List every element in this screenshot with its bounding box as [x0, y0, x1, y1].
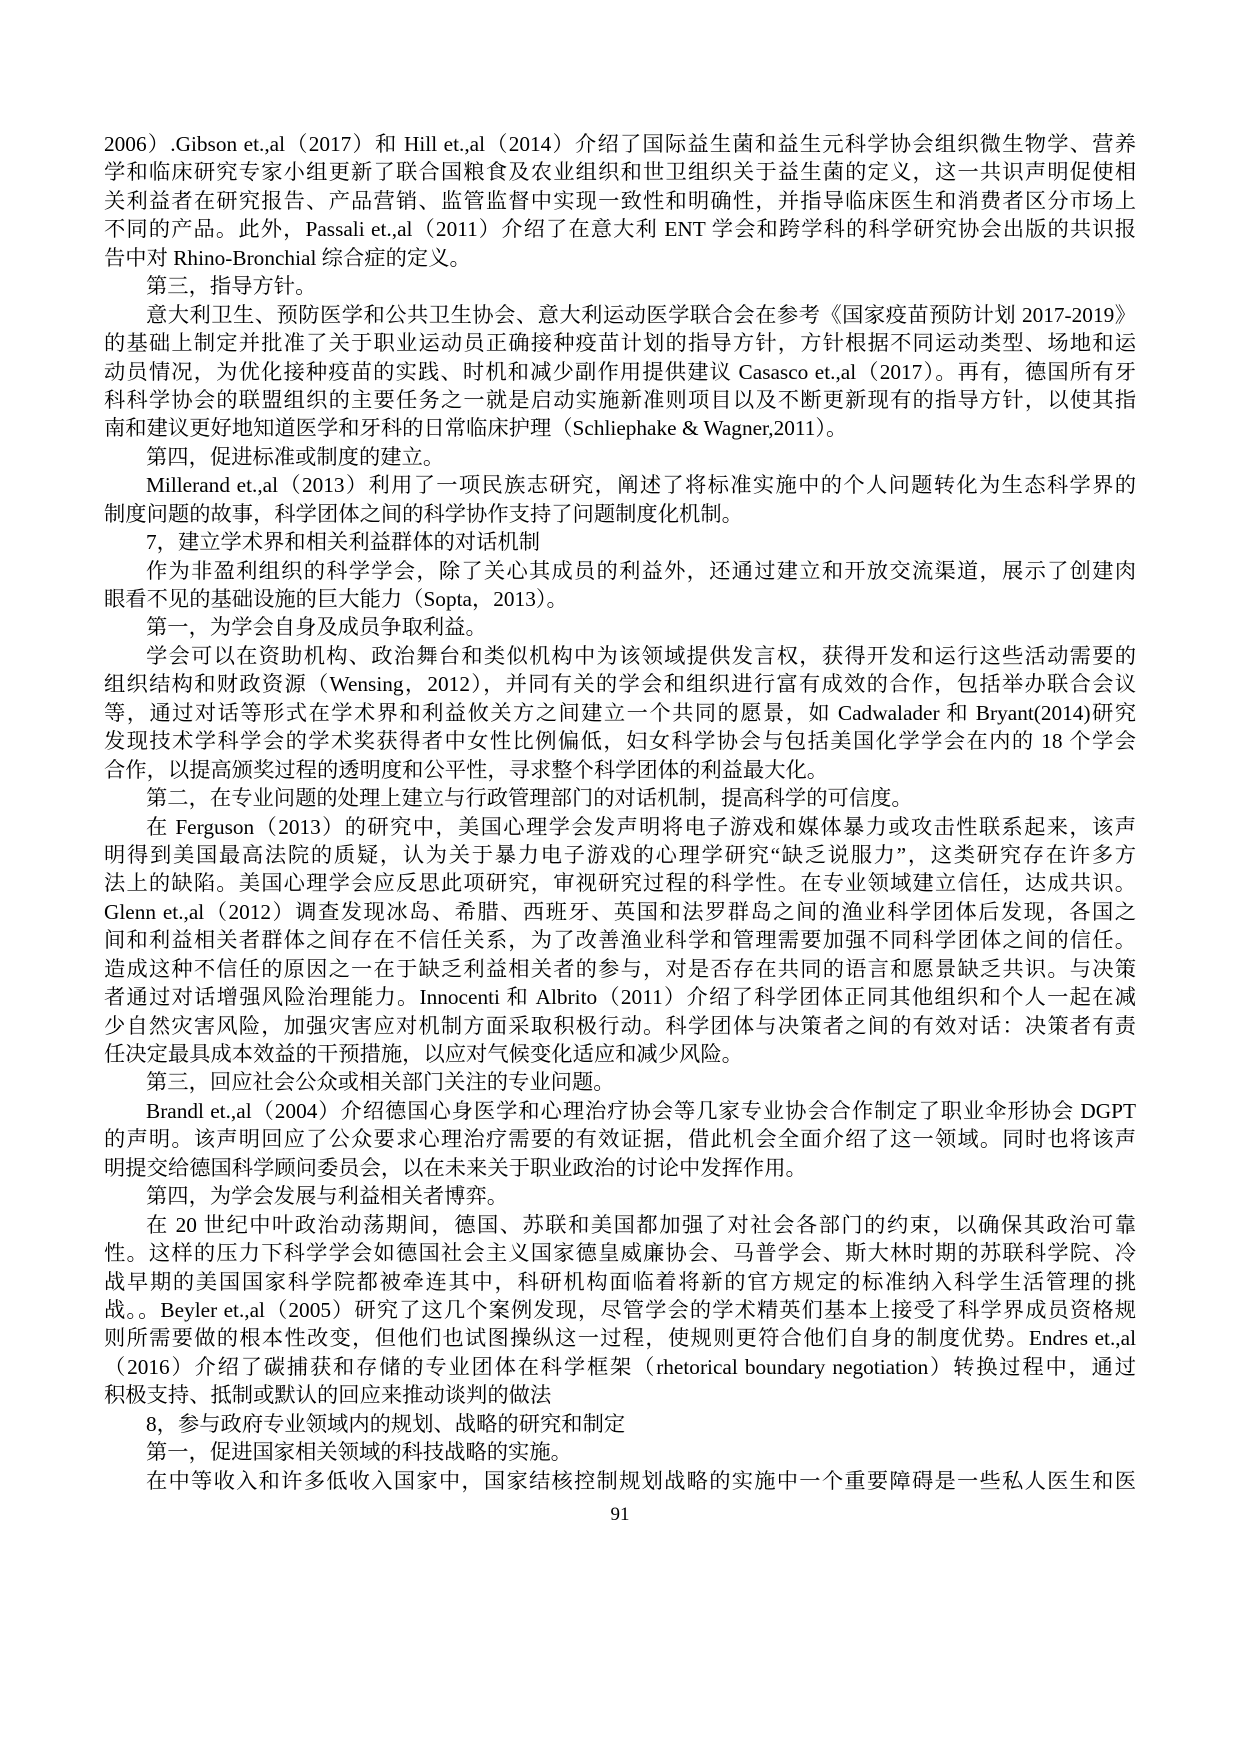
text-line: Millerand et.,al（2013）利用了一项民族志研究，阐述了将标准实…	[104, 471, 1136, 499]
text-line: Brandl et.,al（2004）介绍德国心身医学和心理治疗协会等几家专业协…	[104, 1097, 1136, 1125]
text-line: 战早期的美国国家科学院都被牵连其中，科研机构面临着将新的官方规定的标准纳入科学生…	[104, 1268, 1136, 1296]
text-line: 学和临床研究专家小组更新了联合国粮食及农业组织和世卫组织关于益生菌的定义，这一共…	[104, 158, 1136, 186]
text-line: 的声明。该声明回应了公众要求心理治疗需要的有效证据，借此机会全面介绍了这一领域。…	[104, 1125, 1136, 1153]
text-line: 等，通过对话等形式在学术界和利益攸关方之间建立一个共同的愿景，如 Cadwala…	[104, 699, 1136, 727]
text-line: 意大利卫生、预防医学和公共卫生协会、意大利运动医学联合会在参考《国家疫苗预防计划…	[104, 301, 1136, 329]
text-line: 积极支持、抵制或默认的回应来推动谈判的做法	[104, 1381, 1136, 1409]
text-line: 第二，在专业问题的处理上建立与行政管理部门的对话机制，提高科学的可信度。	[104, 784, 1136, 812]
document-page: 2006）.Gibson et.,al（2017）和 Hill et.,al（2…	[0, 0, 1240, 1753]
text-line: 第四，为学会发展与利益相关者博弈。	[104, 1182, 1136, 1210]
text-line: 任决定最具成本效益的干预措施，以应对气候变化适应和减少风险。	[104, 1040, 1136, 1068]
text-line: 第三，回应社会公众或相关部门关注的专业问题。	[104, 1068, 1136, 1096]
text-line: 明得到美国最高法院的质疑，认为关于暴力电子游戏的心理学研究“缺乏说服力”，这类研…	[104, 841, 1136, 869]
text-line: 组织结构和财政资源（Wensing，2012），并同有关的学会和组织进行富有成效…	[104, 670, 1136, 698]
text-line: Glenn et.,al（2012）调查发现冰岛、希腊、西班牙、英国和法罗群岛之…	[104, 898, 1136, 926]
text-line: 第一，为学会自身及成员争取利益。	[104, 613, 1136, 641]
text-line: （2016）介绍了碳捕获和存储的专业团体在科学框架（rhetorical bou…	[104, 1353, 1136, 1381]
text-line: 关利益者在研究报告、产品营销、监管监督中实现一致性和明确性，并指导临床医生和消费…	[104, 187, 1136, 215]
text-line: 在 20 世纪中叶政治动荡期间，德国、苏联和美国都加强了对社会各部门的约束，以确…	[104, 1211, 1136, 1239]
text-line: 制度问题的故事，科学团体之间的科学协作支持了问题制度化机制。	[104, 500, 1136, 528]
text-line: 2006）.Gibson et.,al（2017）和 Hill et.,al（2…	[104, 130, 1136, 158]
text-line: 眼看不见的基础设施的巨大能力（Sopta，2013）。	[104, 585, 1136, 613]
text-line: 第三，指导方针。	[104, 272, 1136, 300]
text-line: 则所需要做的根本性改变，但他们也试图操纵这一过程，使规则更符合他们自身的制度优势…	[104, 1324, 1136, 1352]
text-line: 在中等收入和许多低收入国家中，国家结核控制规划战略的实施中一个重要障碍是一些私人…	[104, 1467, 1136, 1495]
text-line: 第四，促进标准或制度的建立。	[104, 443, 1136, 471]
page-number: 91	[0, 1502, 1240, 1528]
text-line: 造成这种不信任的原因之一在于缺乏利益相关者的参与，对是否存在共同的语言和愿景缺乏…	[104, 955, 1136, 983]
text-block: 2006）.Gibson et.,al（2017）和 Hill et.,al（2…	[104, 130, 1136, 1495]
text-line: 合作，以提高颁奖过程的透明度和公平性，寻求整个科学团体的利益最大化。	[104, 756, 1136, 784]
text-line: 法上的缺陷。美国心理学会应反思此项研究，审视研究过程的科学性。在专业领域建立信任…	[104, 869, 1136, 897]
text-line: 第一，促进国家相关领域的科技战略的实施。	[104, 1438, 1136, 1466]
text-line: 8，参与政府专业领域内的规划、战略的研究和制定	[104, 1410, 1136, 1438]
text-line: 的基础上制定并批准了关于职业运动员正确接种疫苗计划的指导方针，方针根据不同运动类…	[104, 329, 1136, 357]
text-line: 明提交给德国科学顾问委员会，以在未来关于职业政治的讨论中发挥作用。	[104, 1154, 1136, 1182]
text-line: 者通过对话增强风险治理能力。Innocenti 和 Albrito（2011）介…	[104, 983, 1136, 1011]
text-line: 7，建立学术界和相关利益群体的对话机制	[104, 528, 1136, 556]
text-line: 动员情况，为优化接种疫苗的实践、时机和减少副作用提供建议 Casasco et.…	[104, 358, 1136, 386]
text-line: 南和建议更好地知道医学和牙科的日常临床护理（Schliephake & Wagn…	[104, 414, 1136, 442]
text-line: 间和利益相关者群体之间存在不信任关系，为了改善渔业科学和管理需要加强不同科学团体…	[104, 926, 1136, 954]
text-line: 在 Ferguson（2013）的研究中，美国心理学会发声明将电子游戏和媒体暴力…	[104, 813, 1136, 841]
text-line: 告中对 Rhino-Bronchial 综合症的定义。	[104, 244, 1136, 272]
text-line: 科科学协会的联盟组织的主要任务之一就是启动实施新准则项目以及不断更新现有的指导方…	[104, 386, 1136, 414]
text-line: 战。。Beyler et.,al（2005）研究了这几个案例发现，尽管学会的学术…	[104, 1296, 1136, 1324]
text-line: 少自然灾害风险，加强灾害应对机制方面采取积极行动。科学团体与决策者之间的有效对话…	[104, 1012, 1136, 1040]
text-line: 发现技术学科学会的学术奖获得者中女性比例偏低，妇女科学协会与包括美国化学学会在内…	[104, 727, 1136, 755]
text-line: 学会可以在资助机构、政治舞台和类似机构中为该领域提供发言权，获得开发和运行这些活…	[104, 642, 1136, 670]
text-line: 作为非盈利组织的科学学会，除了关心其成员的利益外，还通过建立和开放交流渠道，展示…	[104, 557, 1136, 585]
text-line: 不同的产品。此外，Passali et.,al（2011）介绍了在意大利 ENT…	[104, 215, 1136, 243]
text-line: 性。这样的压力下科学学会如德国社会主义国家德皇威廉协会、马普学会、斯大林时期的苏…	[104, 1239, 1136, 1267]
